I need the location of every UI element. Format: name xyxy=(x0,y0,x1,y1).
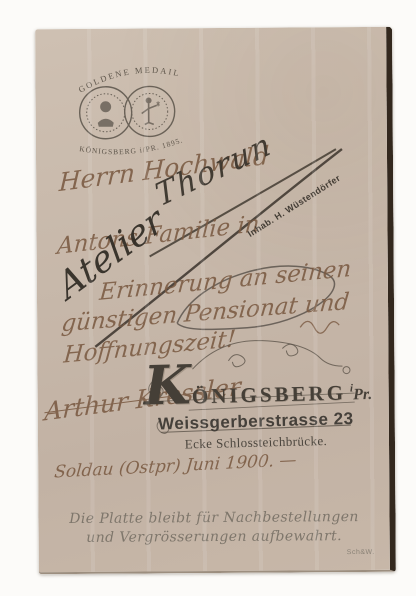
handwriting-atelier-overlay: Atelier xyxy=(51,200,171,308)
studio-street-address: Weissgerberstrasse 23 xyxy=(156,409,356,435)
notice-line-2: und Vergrösserungen aufbewahrt. xyxy=(39,527,390,548)
suffix-pr: Pr. xyxy=(353,386,373,403)
handwriting-line-4: günstigen Pensionat und xyxy=(60,289,350,337)
handwriting-date-line: Soldau (Ostpr) Juni 1900. — xyxy=(53,450,297,482)
printer-mark: Sch&W. xyxy=(347,549,375,556)
proprietor-stamp: Inhab. H. Wüstendörfer xyxy=(246,173,342,239)
figure-medal-icon xyxy=(125,86,175,136)
studio-city-rest: ÖNIGSBERG xyxy=(192,381,347,410)
medal-header: GOLDENE MEDAILLE KÖNIGSBERG i/PR. 1895. xyxy=(60,58,241,179)
studio-city-suffix: iPr. xyxy=(350,382,373,405)
medal-caption-text: KÖNIGSBERG i/PR. 1895. xyxy=(79,135,185,156)
studio-name: KÖNIGSBERGiPr. xyxy=(143,353,373,413)
photo-card-back: GOLDENE MEDAILLE KÖNIGSBERG i/PR. 1895. xyxy=(35,27,396,574)
scanned-photo-backdrop: GOLDENE MEDAILLE KÖNIGSBERG i/PR. 1895. xyxy=(0,0,416,596)
handwriting-line-2: Antons Familie in xyxy=(56,211,260,260)
studio-city-initial: K xyxy=(143,357,191,412)
studio-corner-note: Ecke Schlossteichbrücke. xyxy=(156,432,356,453)
goldene-medaille-arc-text: GOLDENE MEDAILLE xyxy=(60,58,181,95)
handwriting-line-3: Erinnerung an seinen xyxy=(98,256,352,306)
plate-retention-notice: Die Platte bleibt für Nachbestellungen u… xyxy=(38,508,389,548)
notice-line-1: Die Platte bleibt für Nachbestellungen xyxy=(38,508,389,529)
